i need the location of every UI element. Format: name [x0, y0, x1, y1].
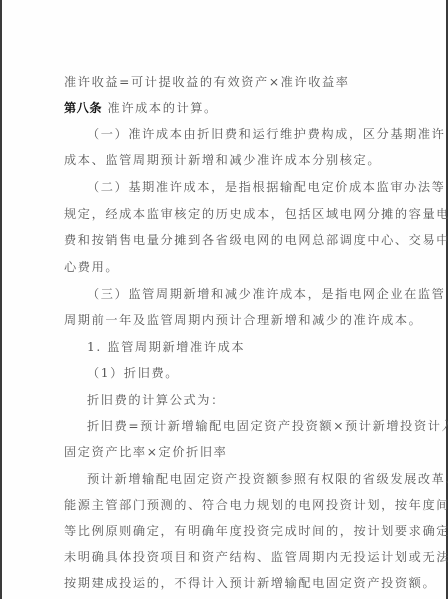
- formula-line: 折旧费=预计新增输配电固定资产投资额×预计新增投资计入: [87, 418, 392, 434]
- subheading: （1）折旧费。: [87, 365, 392, 381]
- paragraph-line: 规定，经成本监审核定的历史成本，包括区域电网分摊的容量电: [64, 206, 394, 222]
- paragraph-line: 心费用。: [64, 259, 394, 275]
- formula-line: 固定资产比率×定价折旧率: [64, 444, 394, 460]
- article-heading: 第八条 准许成本的计算。: [64, 100, 394, 116]
- paragraph-line: 等比例原则确定，有明确年度投资完成时间的，按计划要求确定。: [64, 523, 394, 539]
- paragraph-line: 未明确具体投资项目和资产结构、监管周期内无投运计划或无法: [64, 549, 394, 565]
- formula-line: 准许收益=可计提收益的有效资产×准许收益率: [64, 74, 394, 90]
- subheading: 1. 监管周期新增准许成本: [87, 339, 392, 355]
- paragraph-line: 周期前一年及监管周期内预计合理新增和减少的准许成本。: [64, 312, 394, 328]
- paragraph-line: 成本、监管周期预计新增和减少准许成本分别核定。: [64, 152, 394, 168]
- paragraph-line: 按期建成投运的，不得计入预计新增输配电固定资产投资额。: [64, 575, 394, 591]
- paragraph-line: 预计新增输配电固定资产投资额参照有权限的省级发展改革、: [87, 471, 392, 487]
- paragraph-line: （二）基期准许成本，是指根据输配电定价成本监审办法等: [87, 179, 392, 195]
- paragraph-line: （一）准许成本由折旧费和运行维护费构成，区分基期准许: [87, 126, 392, 142]
- document-page: 准许收益=可计提收益的有效资产×准许收益率 第八条 准许成本的计算。 （一）准许…: [0, 0, 448, 599]
- paragraph-line: 折旧费的计算公式为：: [87, 392, 392, 408]
- article-title: 准许成本的计算。: [108, 101, 218, 115]
- paragraph-line: 能源主管部门预测的、符合电力规划的电网投资计划，按年度间: [64, 497, 394, 513]
- article-label: 第八条: [64, 101, 102, 115]
- paragraph-line: （三）监管周期新增和减少准许成本，是指电网企业在监管: [87, 286, 392, 302]
- paragraph-line: 费和按销售电量分摊到各省级电网的电网总部调度中心、交易中: [64, 232, 394, 248]
